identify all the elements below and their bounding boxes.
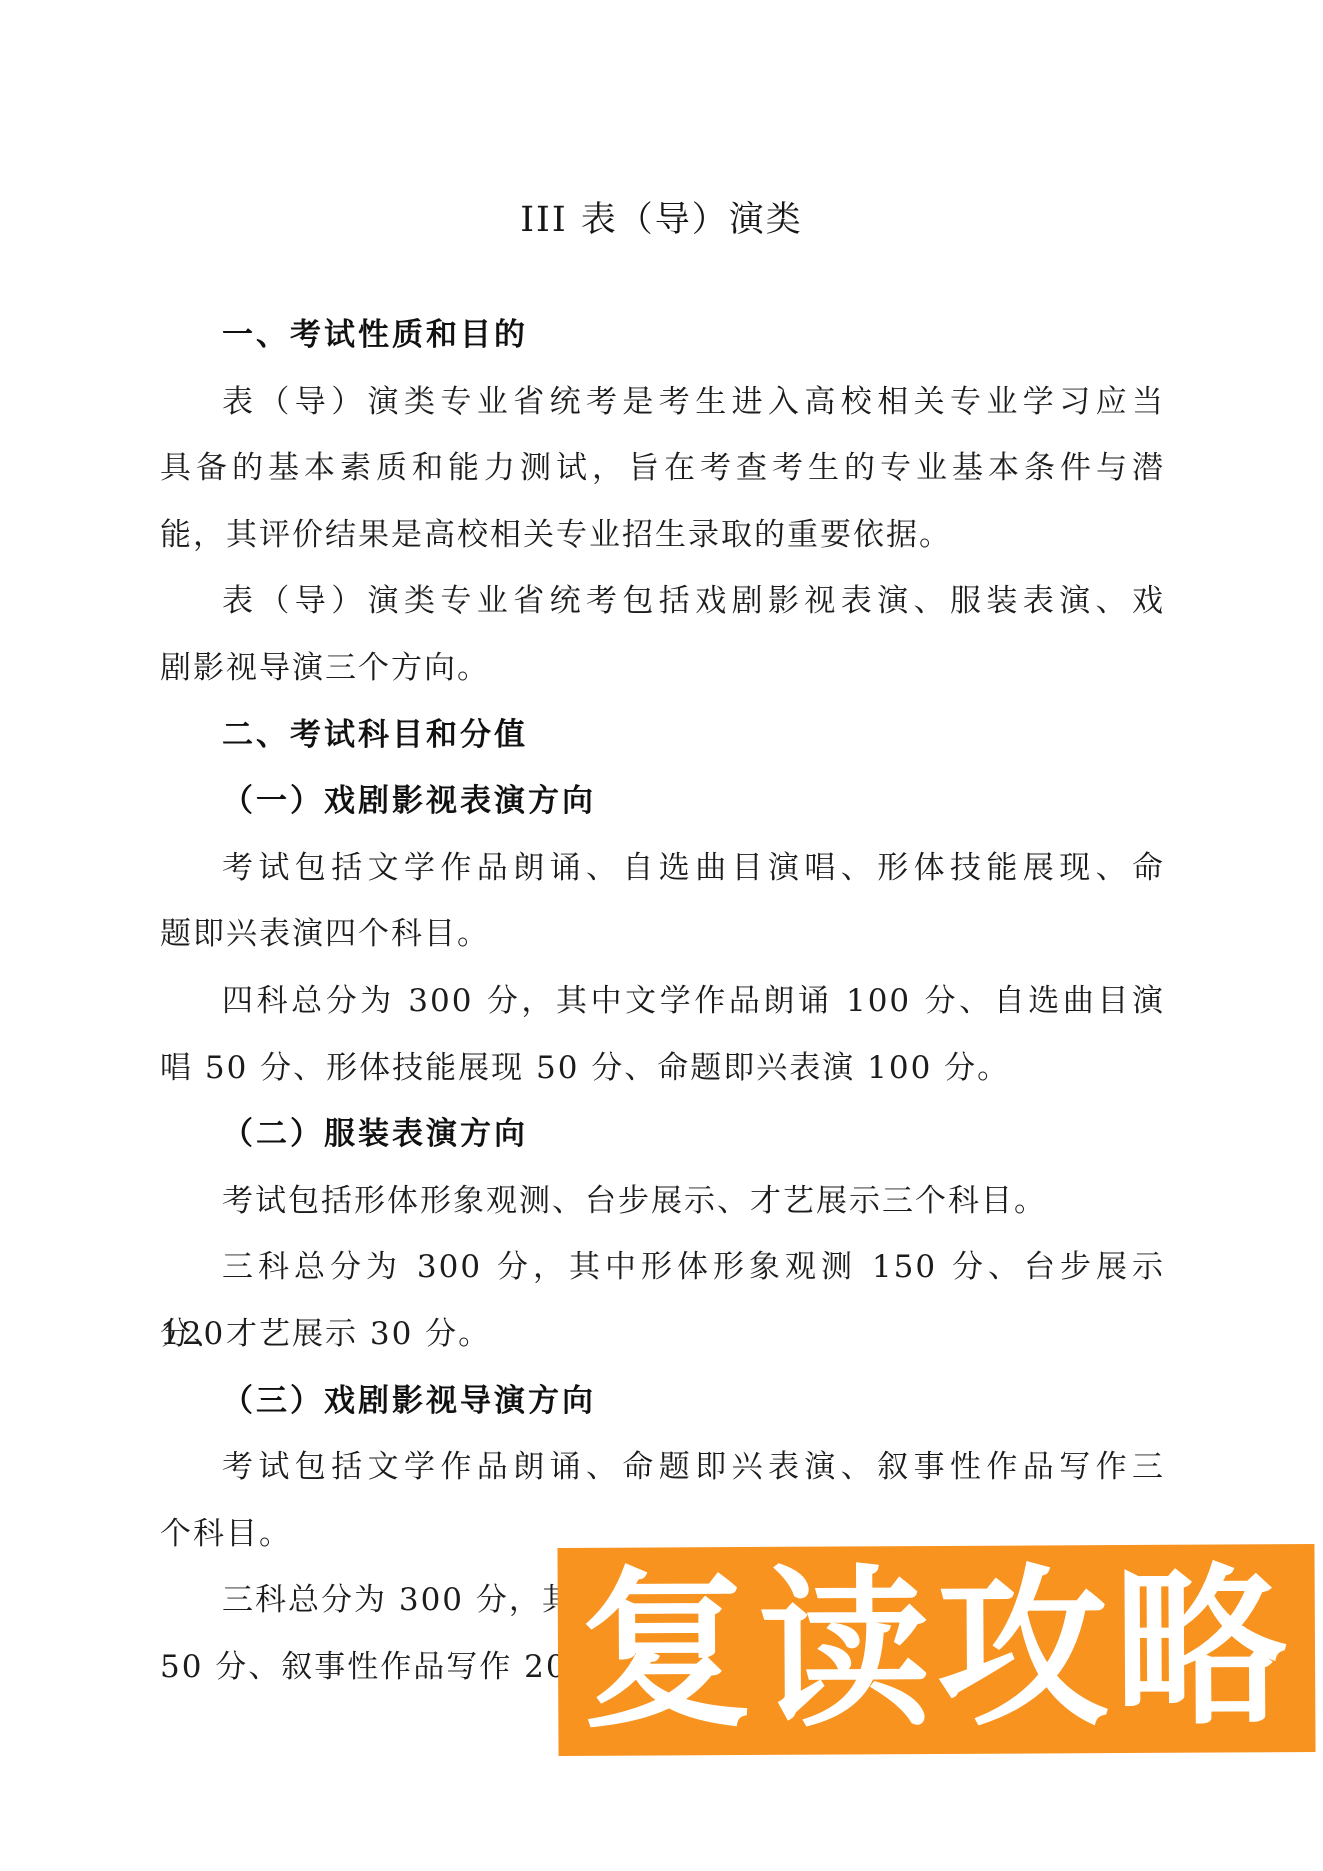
- watermark-text: 复读攻略: [580, 1544, 1293, 1756]
- doc-heading: 一、考试性质和目的: [160, 302, 1165, 369]
- doc-heading: 二、考试科目和分值: [160, 702, 1165, 769]
- watermark-overlay: 复读攻略: [557, 1544, 1315, 1756]
- doc-line: 表（导）演类专业省统考是考生进入高校相关专业学习应当: [160, 369, 1165, 436]
- doc-line: 剧影视导演三个方向。: [160, 635, 1165, 702]
- doc-body: 一、考试性质和目的表（导）演类专业省统考是考生进入高校相关专业学习应当具备的基本…: [160, 302, 1165, 1700]
- doc-line: 能，其评价结果是高校相关专业招生录取的重要依据。: [160, 502, 1165, 569]
- doc-title: III 表（导）演类: [0, 198, 1323, 242]
- doc-subheading: （二）服装表演方向: [160, 1101, 1165, 1168]
- doc-line: 分、才艺展示 30 分。: [160, 1301, 1165, 1368]
- doc-line: 具备的基本素质和能力测试，旨在考查考生的专业基本条件与潜: [160, 435, 1165, 502]
- doc-subheading: （三）戏剧影视导演方向: [160, 1368, 1165, 1435]
- doc-line: 考试包括文学作品朗诵、自选曲目演唱、形体技能展现、命: [160, 835, 1165, 902]
- doc-subheading: （一）戏剧影视表演方向: [160, 768, 1165, 835]
- doc-line: 题即兴表演四个科目。: [160, 901, 1165, 968]
- doc-line: 表（导）演类专业省统考包括戏剧影视表演、服装表演、戏: [160, 568, 1165, 635]
- document-page: III 表（导）演类 一、考试性质和目的表（导）演类专业省统考是考生进入高校相关…: [0, 0, 1323, 1871]
- doc-line: 唱 50 分、形体技能展现 50 分、命题即兴表演 100 分。: [160, 1035, 1165, 1102]
- doc-line: 考试包括文学作品朗诵、命题即兴表演、叙事性作品写作三: [160, 1434, 1165, 1501]
- doc-line: 四科总分为 300 分，其中文学作品朗诵 100 分、自选曲目演: [160, 968, 1165, 1035]
- doc-line: 三科总分为 300 分，其中形体形象观测 150 分、台步展示 120: [160, 1234, 1165, 1301]
- doc-line: 考试包括形体形象观测、台步展示、才艺展示三个科目。: [160, 1168, 1165, 1235]
